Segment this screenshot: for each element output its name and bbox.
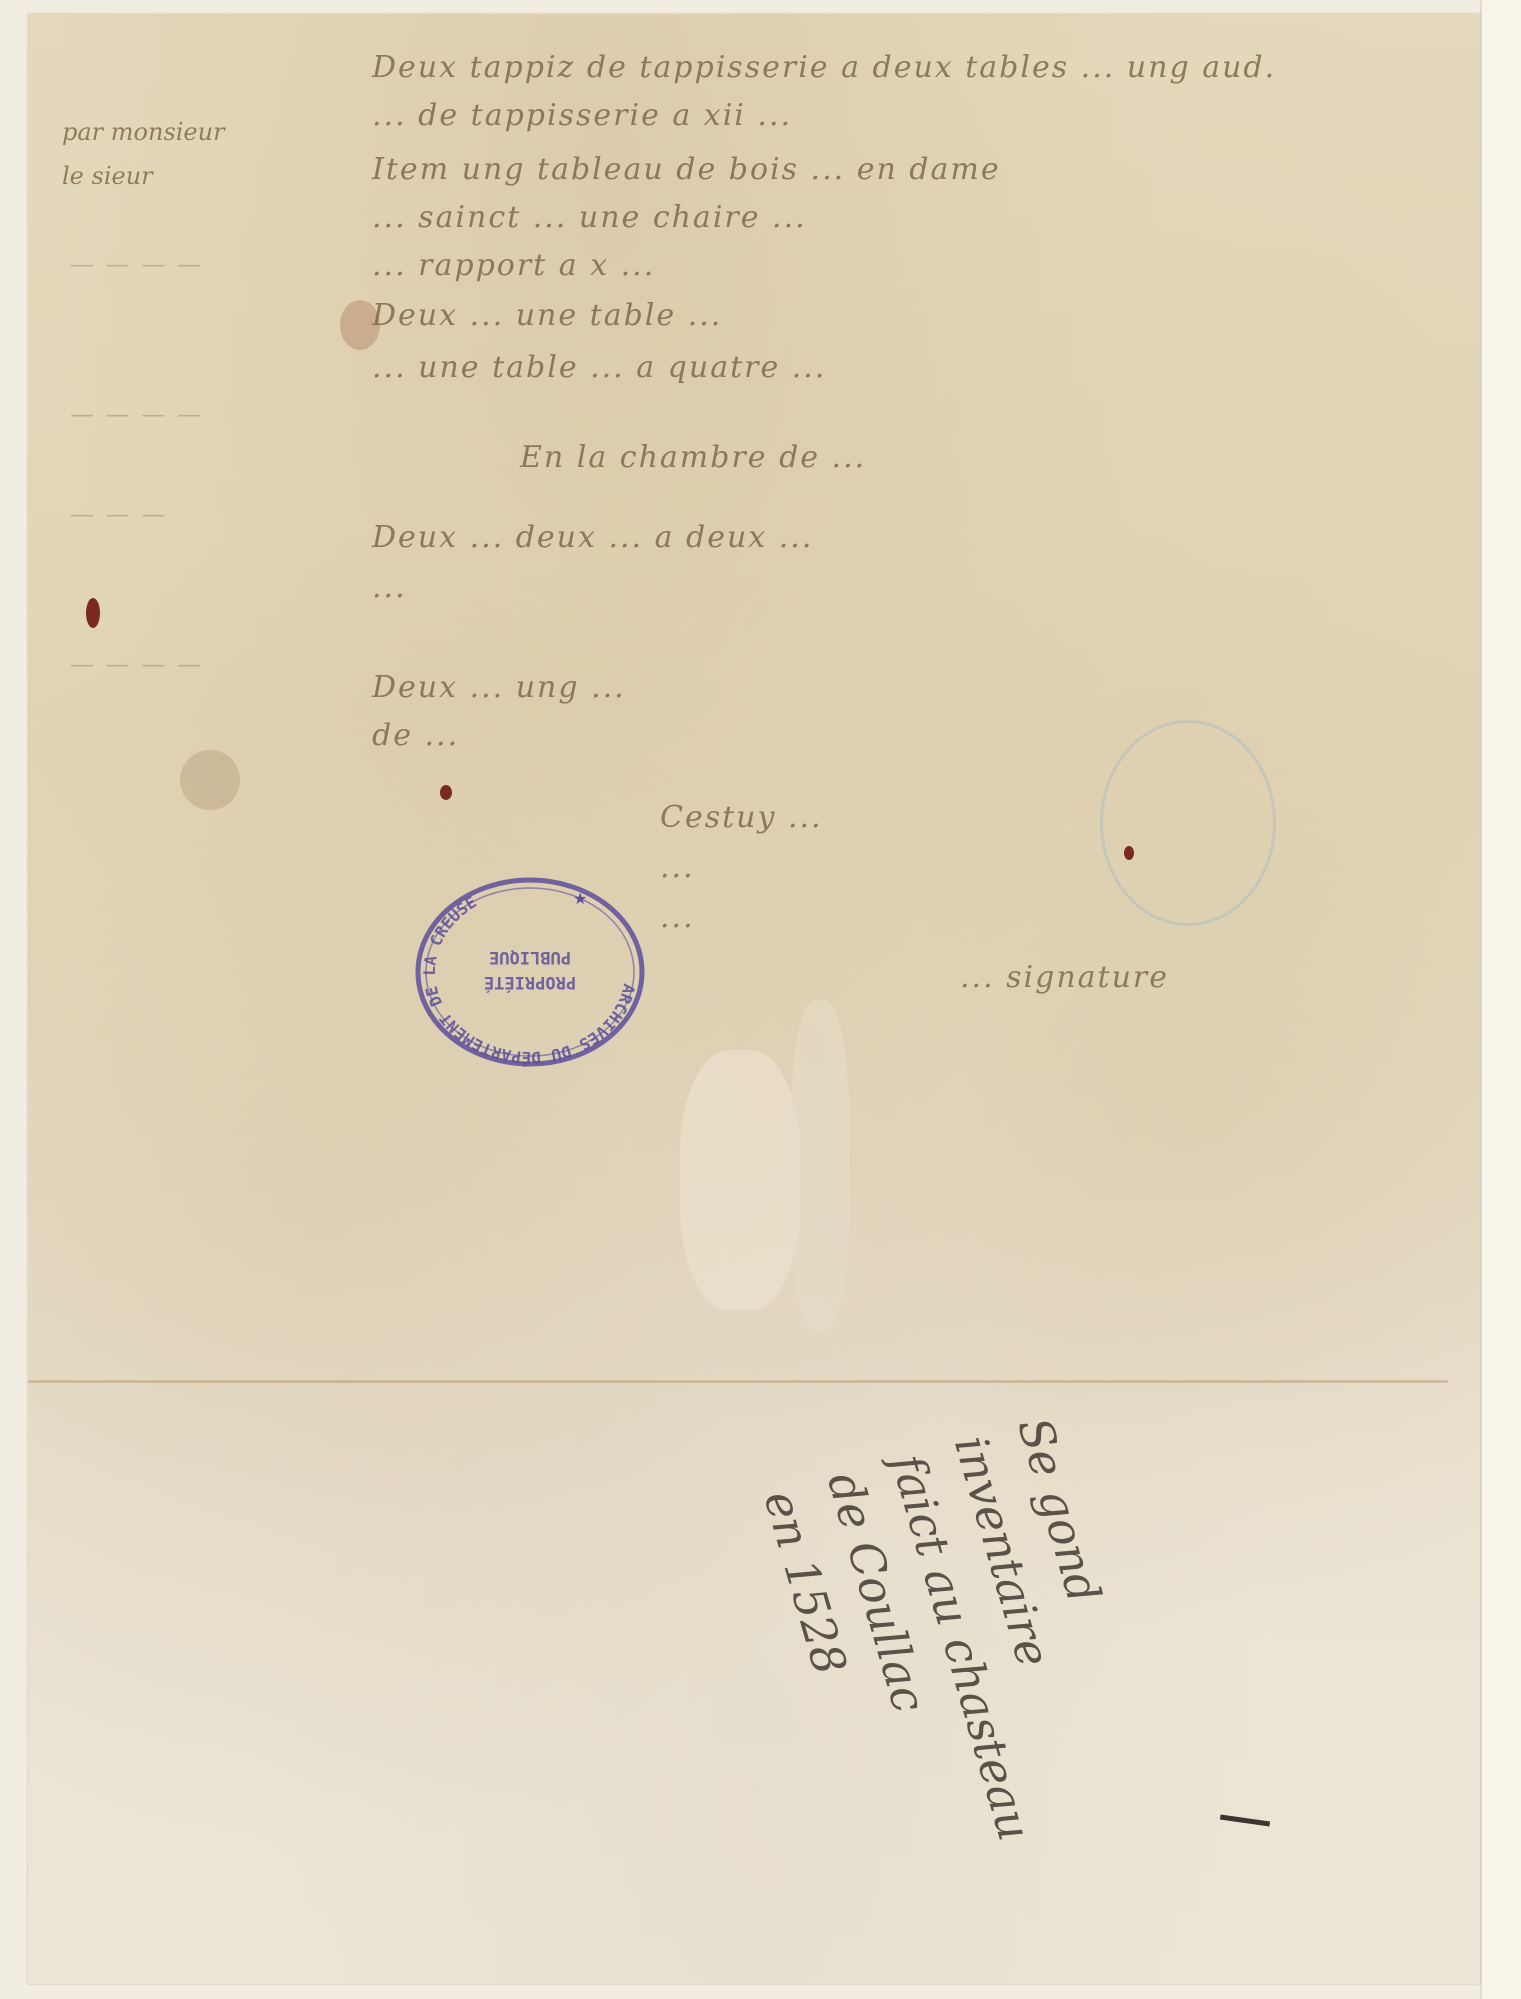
stamp-star-icon: ★: [573, 889, 587, 908]
body-line: Deux ... ung ...: [372, 670, 626, 705]
body-line: Cestuy ...: [660, 800, 823, 835]
faint-stamp-mark: [1100, 720, 1276, 926]
scan-right-border: [1480, 0, 1521, 1999]
wax-spot: [440, 785, 452, 800]
manuscript-page: [28, 14, 1480, 1984]
body-line: ... une table ... a quatre ...: [372, 350, 826, 385]
archive-stamp: ARCHIVES DU DÉPARTEMENT DE LA CREUSE PRO…: [405, 872, 655, 1072]
stamp-inner-line: PROPRIÉTÉ: [484, 972, 576, 994]
body-line: Deux ... une table ...: [372, 298, 722, 333]
fold-line: [28, 1380, 1448, 1383]
body-line: ... de tappisserie a xii ...: [372, 98, 792, 133]
stain: [680, 1050, 800, 1310]
margin-note-line: le sieur: [62, 162, 153, 190]
body-line: Deux ... deux ... a deux ...: [372, 520, 813, 555]
show-through-text: — — — —: [70, 400, 203, 428]
body-line: Deux tappiz de tappisserie a deux tables…: [372, 50, 1276, 85]
stain: [180, 750, 240, 810]
margin-note-line: par monsieur: [62, 118, 225, 146]
stain: [790, 1000, 850, 1330]
body-line: ... rapport a x ...: [372, 248, 655, 283]
body-line: ...: [660, 850, 695, 885]
body-line: En la chambre de ...: [520, 440, 866, 475]
stamp-inner-line: PUBLIQUE: [489, 947, 571, 967]
show-through-text: — — — —: [70, 250, 203, 278]
body-line: ... sainct ... une chaire ...: [372, 200, 807, 235]
wax-spot: [86, 598, 100, 628]
signature: ... signature: [960, 960, 1169, 995]
body-line: Item ung tableau de bois ... en dame: [372, 152, 1001, 187]
show-through-text: — — —: [70, 500, 167, 528]
body-line: ...: [660, 900, 695, 935]
show-through-text: — — — —: [70, 650, 203, 678]
body-line: ...: [372, 570, 407, 605]
body-line: de ...: [372, 718, 459, 753]
